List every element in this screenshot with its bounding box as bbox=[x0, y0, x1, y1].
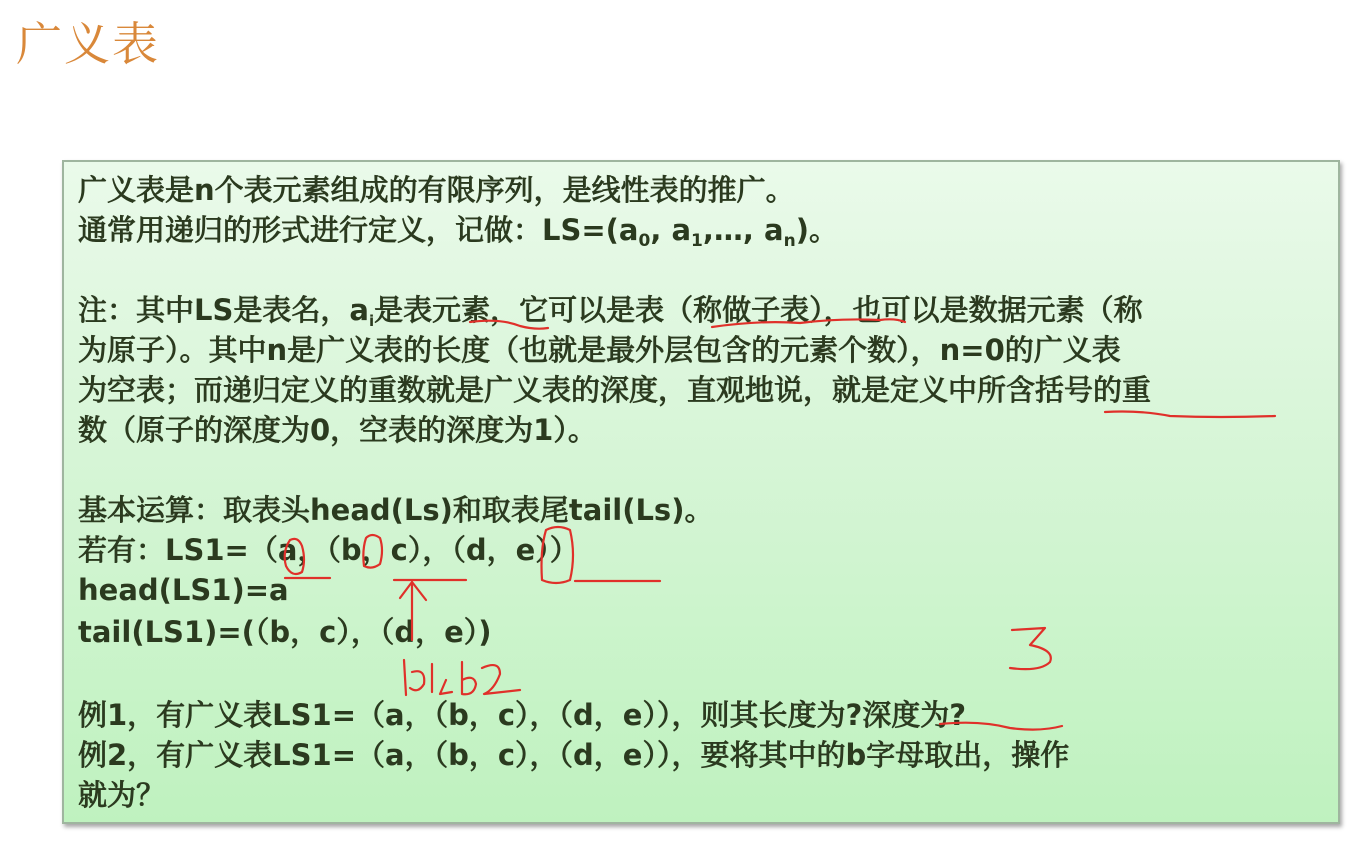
formula-sep-1: , a bbox=[650, 213, 691, 247]
subscript-0: 0 bbox=[639, 231, 651, 251]
example-1: 例1，有广义表LS1=（a，（b，c），（d，e）），则其长度为?深度为? bbox=[78, 697, 966, 733]
operations-line-1: 基本运算：取表头head(Ls)和取表尾tail(Ls)。 bbox=[78, 492, 713, 528]
note-line-1-suffix: 是表元素，它可以是表（称做子表），也可以是数据元素（称 bbox=[374, 293, 1143, 327]
definition-line-2: 通常用递归的形式进行定义，记做：LS=(a0, a1,…, an)。 bbox=[78, 212, 838, 248]
subscript-1: 1 bbox=[691, 231, 703, 251]
example-2-line-1: 例2，有广义表LS1=（a，（b，c），（d，e）），要将其中的b字母取出，操作 bbox=[78, 737, 1069, 773]
example-2-line-2: 就为？ bbox=[78, 777, 165, 813]
note-line-1: 注：其中LS是表名，ai是表元素，它可以是表（称做子表），也可以是数据元素（称 bbox=[78, 292, 1143, 328]
note-line-2: 为原子）。其中n是广义表的长度（也就是最外层包含的元素个数），n=0的广义表 bbox=[78, 332, 1121, 368]
formula-sep-2: ,…, a bbox=[703, 213, 784, 247]
operations-line-4: tail(LS1)=(（b，c），（d，e）) bbox=[78, 614, 492, 650]
definition-formula-prefix: 通常用递归的形式进行定义，记做：LS=(a bbox=[78, 213, 639, 247]
note-line-4: 数（原子的深度为0，空表的深度为1）。 bbox=[78, 412, 597, 448]
subscript-n: n bbox=[784, 231, 796, 251]
slide-title: 广义表 bbox=[16, 8, 160, 74]
note-line-3: 为空表；而递归定义的重数就是广义表的深度，直观地说，就是定义中所含括号的重 bbox=[78, 372, 1151, 408]
content-box: 广义表是n个表元素组成的有限序列，是线性表的推广。 通常用递归的形式进行定义，记… bbox=[62, 160, 1340, 824]
note-line-1-prefix: 注：其中LS是表名，a bbox=[78, 293, 369, 327]
operations-line-3: head(LS1)=a bbox=[78, 572, 289, 608]
formula-suffix: )。 bbox=[796, 213, 838, 247]
operations-line-2: 若有：LS1=（a，（b，c），（d，e）） bbox=[78, 532, 579, 568]
definition-line-1: 广义表是n个表元素组成的有限序列，是线性表的推广。 bbox=[78, 172, 795, 208]
